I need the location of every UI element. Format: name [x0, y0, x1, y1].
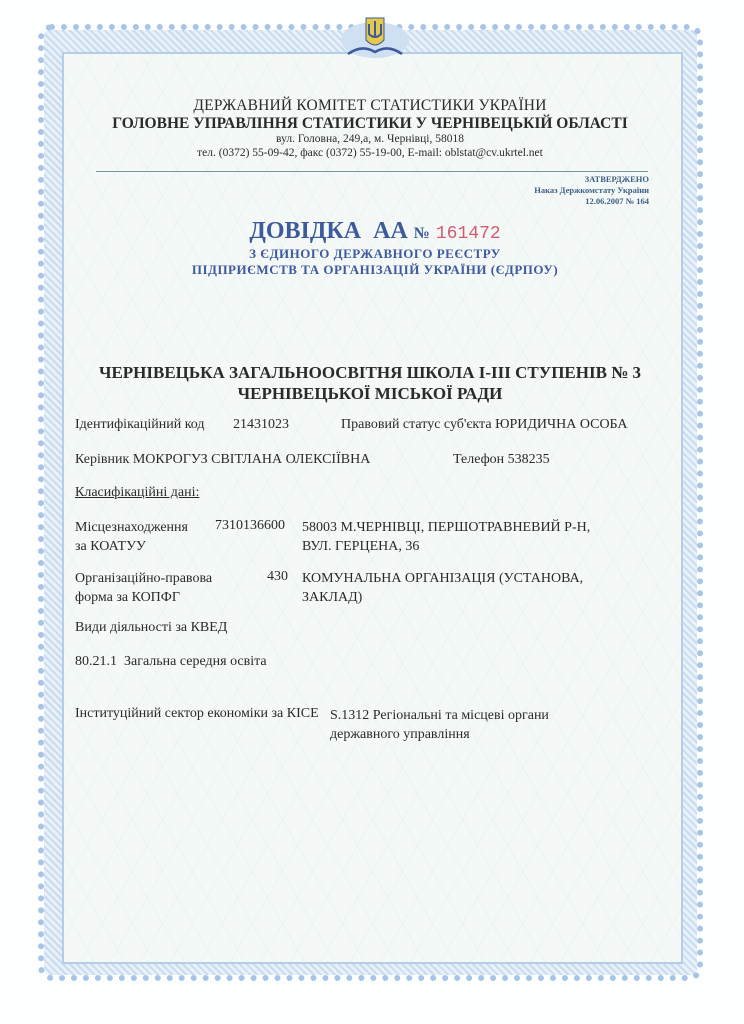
form-label: Організаційно-правова форма за КОПФГ: [75, 569, 212, 607]
head-label: Керівник: [75, 452, 129, 467]
label-line: форма за КОПФГ: [75, 588, 212, 607]
phone-label: Телефон: [453, 452, 504, 467]
phone-value: 538235: [508, 452, 550, 467]
legal-status: Правовий статус суб'єкта ЮРИДИЧНА ОСОБА: [341, 417, 628, 433]
activity-code: 80.21.1: [75, 654, 117, 669]
legal-status-value: ЮРИДИЧНА ОСОБА: [495, 417, 627, 432]
location-label: Місцезнаходження за КОАТУУ: [75, 518, 188, 556]
approval-line: 12.06.2007 № 164: [534, 196, 649, 207]
value-line: S.1312 Регіональні та місцеві органи: [330, 706, 549, 725]
label-line: Місцезнаходження: [75, 518, 188, 537]
head: Керівник МОКРОГУЗ СВІТЛАНА ОЛЕКСІЇВНА: [75, 452, 370, 468]
value-line: ЗАКЛАД): [302, 588, 583, 607]
coat-of-arms-icon: [340, 10, 410, 60]
subtitle-line: З ЄДИНОГО ДЕРЖАВНОГО РЕЄСТРУ: [150, 246, 600, 262]
form-code: 430: [267, 569, 288, 585]
certificate-series: АА: [373, 218, 408, 244]
value-line: державного управління: [330, 725, 549, 744]
number-sign: №: [414, 225, 430, 242]
label-line: Організаційно-правова: [75, 569, 212, 588]
department-name: ГОЛОВНЕ УПРАВЛІННЯ СТАТИСТИКИ У ЧЕРНІВЕЦ…: [80, 115, 660, 133]
sector-label: Інституційний сектор економіки за КІСЕ: [75, 706, 319, 722]
org-name-line: ЧЕРНІВЕЦЬКОЇ МІСЬКОЇ РАДИ: [70, 383, 670, 404]
approval-stamp: ЗАТВЕРДЖЕНО Наказ Держкомстату України 1…: [534, 174, 649, 207]
legal-status-label: Правовий статус суб'єкта: [341, 417, 492, 432]
id-code-label: Ідентифікаційний код: [75, 417, 205, 433]
head-value: МОКРОГУЗ СВІТЛАНА ОЛЕКСІЇВНА: [133, 452, 371, 467]
location-value: 58003 М.ЧЕРНІВЦІ, ПЕРШОТРАВНЕВИЙ Р-Н, ВУ…: [302, 518, 590, 556]
certificate-number: 161472: [436, 224, 501, 244]
value-line: 58003 М.ЧЕРНІВЦІ, ПЕРШОТРАВНЕВИЙ Р-Н,: [302, 518, 590, 537]
classification-heading: Класифікаційні дані:: [75, 485, 199, 501]
form-value: КОМУНАЛЬНА ОРГАНІЗАЦІЯ (УСТАНОВА, ЗАКЛАД…: [302, 569, 583, 607]
phone: Телефон 538235: [453, 452, 550, 468]
value-line: ВУЛ. ГЕРЦЕНА, 36: [302, 537, 590, 556]
certificate-subtitle: З ЄДИНОГО ДЕРЖАВНОГО РЕЄСТРУ ПІДПРИЄМСТВ…: [150, 246, 600, 278]
approval-line: ЗАТВЕРДЖЕНО: [534, 174, 649, 185]
id-code-value: 21431023: [233, 417, 289, 433]
activities-label: Види діяльності за КВЕД: [75, 620, 227, 636]
org-name-line: ЧЕРНІВЕЦЬКА ЗАГАЛЬНООСВІТНЯ ШКОЛА І-ІІІ …: [70, 362, 670, 383]
subtitle-line: ПІДПРИЄМСТВ ТА ОРГАНІЗАЦІЙ УКРАЇНИ (ЄДРП…: [150, 262, 600, 278]
certificate-title: ДОВІДКА АА № 161472: [170, 218, 580, 245]
location-code: 7310136600: [215, 518, 285, 534]
label-line: за КОАТУУ: [75, 537, 188, 556]
activity-name: Загальна середня освіта: [124, 654, 267, 669]
agency-name: ДЕРЖАВНИЙ КОМІТЕТ СТАТИСТИКИ УКРАЇНИ: [80, 97, 660, 115]
organization-name: ЧЕРНІВЕЦЬКА ЗАГАЛЬНООСВІТНЯ ШКОЛА І-ІІІ …: [70, 362, 670, 404]
header-divider: [96, 171, 648, 172]
department-address: вул. Головна, 249,а, м. Чернівці, 58018: [80, 133, 660, 145]
activity-item: 80.21.1 Загальна середня освіта: [75, 654, 267, 670]
certificate-title-text: ДОВІДКА: [249, 218, 361, 244]
approval-line: Наказ Держкомстату України: [534, 185, 649, 196]
value-line: КОМУНАЛЬНА ОРГАНІЗАЦІЯ (УСТАНОВА,: [302, 569, 583, 588]
sector-value: S.1312 Регіональні та місцеві органи дер…: [330, 706, 549, 744]
department-contacts: тел. (0372) 55-09-42, факс (0372) 55-19-…: [80, 147, 660, 159]
